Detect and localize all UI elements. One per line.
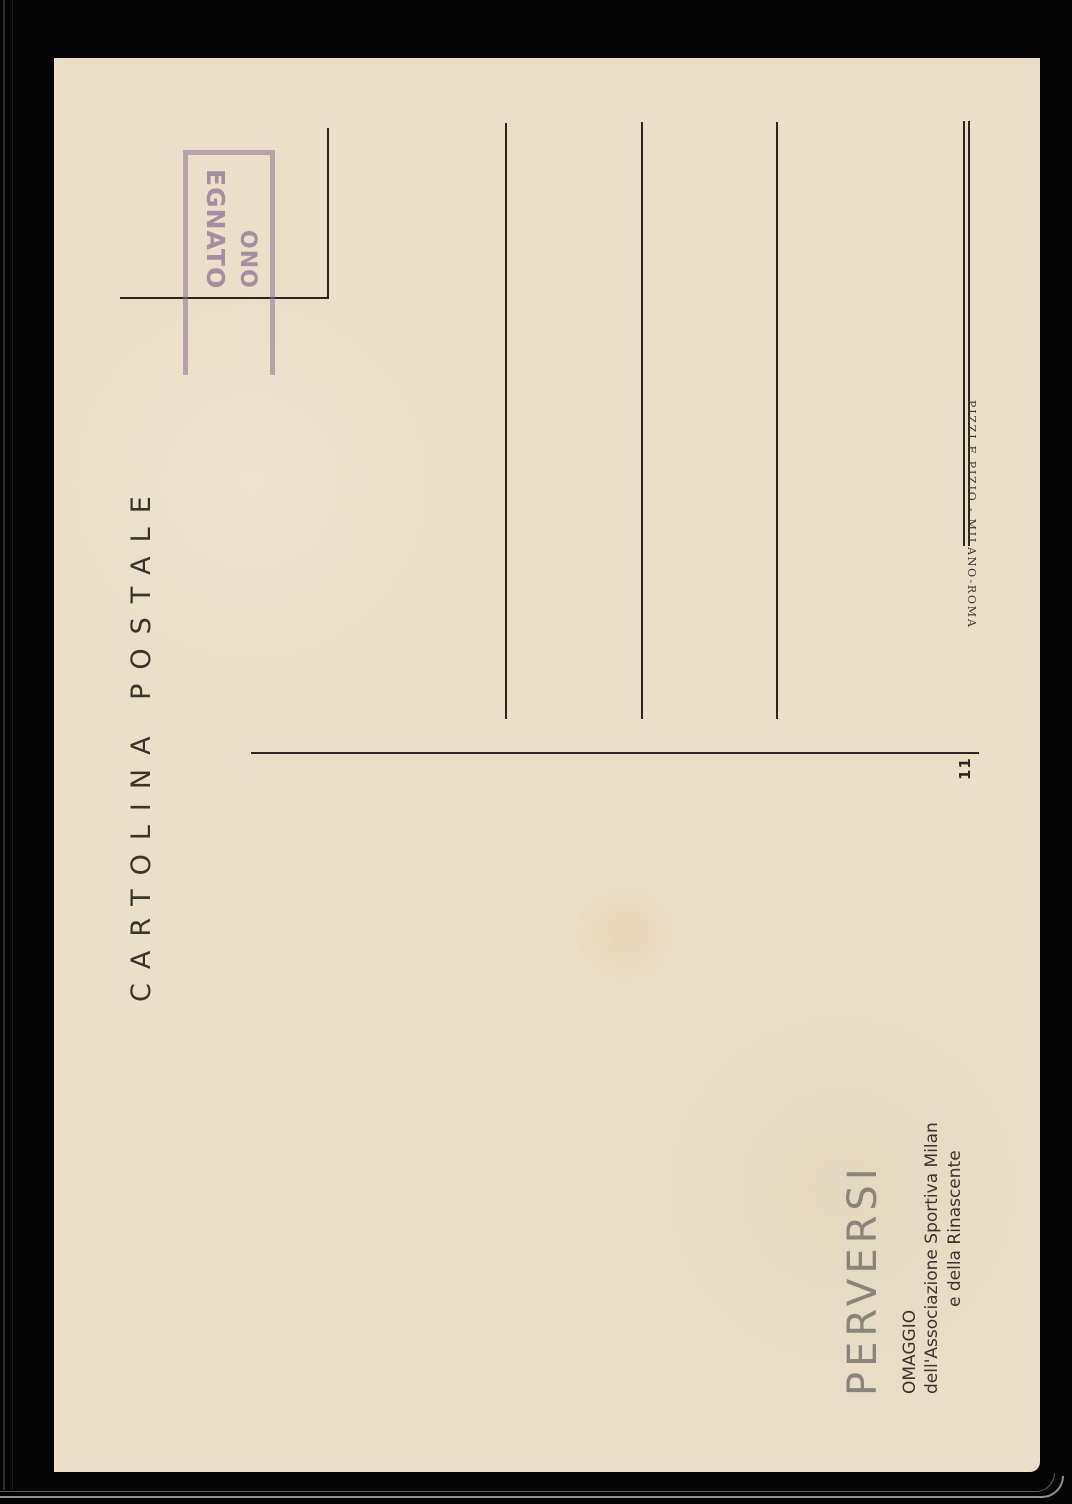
divider-horizontal-line — [251, 752, 979, 754]
postcard-back: EGNATO ONO CARTOLINA POSTALE PIZZI E PIZ… — [54, 58, 1040, 1472]
rubber-stamp: EGNATO ONO — [183, 150, 275, 375]
dedication-line-1: OMAGGIO — [900, 1310, 921, 1394]
printer-credit: PIZZI E PIZIO - MILANO-ROMA — [965, 400, 978, 629]
card-number: 11 — [956, 757, 974, 780]
stamp-corner-vertical-line — [327, 128, 329, 299]
postcard-title: CARTOLINA POSTALE — [126, 482, 157, 1002]
dedication-line-3: e della Rinascente — [945, 1150, 966, 1307]
address-line-2 — [641, 122, 643, 719]
card-holder: EGNATO ONO CARTOLINA POSTALE PIZZI E PIZ… — [0, 0, 1072, 1504]
address-line-1 — [505, 123, 507, 719]
dedication-line-2: dell'Associazione Sportiva Milan — [922, 1122, 943, 1394]
stamp-text-line2: ONO — [235, 230, 260, 289]
handwritten-note: PERVERSI — [840, 1163, 886, 1396]
holder-edge — [12, 0, 13, 1490]
holder-edge — [3, 0, 5, 1490]
stamp-text-line1: EGNATO — [201, 169, 230, 289]
holder-edge — [0, 1473, 1055, 1492]
address-line-3 — [776, 122, 778, 719]
